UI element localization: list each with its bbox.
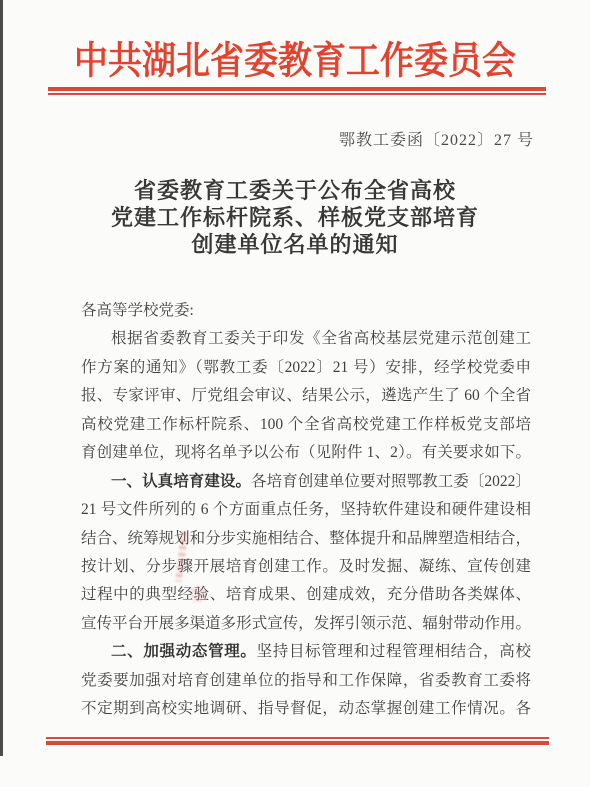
body-line: 一、认真培育建设。各培育创建单位要对照鄂教工委〔2022〕 xyxy=(81,468,531,496)
footer-divider-thick xyxy=(46,741,549,745)
body-line: 21 号文件所列的 6 个方面重点任务，坚持软件建设和硬件建设相 xyxy=(81,496,531,524)
bold-section-lead: 一、认真培育建设。 xyxy=(111,473,251,490)
body-line: 过程中的典型经验、培育成果、创建成效，充分借助各类媒体、 xyxy=(81,581,531,609)
body-line: 二、加强动态管理。坚持目标管理和过程管理相结合，高校 xyxy=(81,638,531,666)
document-body: 各高等学校党委:根据省委教育工委关于印发《全省高校基层党建示范创建工作方案的通知… xyxy=(81,297,531,724)
title-line-1: 省委教育工委关于公布全省高校 xyxy=(0,177,590,204)
header-divider-line xyxy=(48,87,546,95)
body-line: 宣传平台开展多渠道多形式宣传，发挥引领示范、辐射带动作用。 xyxy=(81,610,531,638)
title-line-2: 党建工作标杆院系、样板党支部培育 xyxy=(0,204,590,231)
header-divider-thin xyxy=(48,93,546,95)
document-page: 中共湖北省委教育工作委员会 鄂教工委函〔2022〕27 号 省委教育工委关于公布… xyxy=(0,0,590,787)
body-line: 育创建单位，现将名单予以公布（见附件 1、2）。有关要求如下。 xyxy=(81,439,531,467)
body-line: 党委要加强对培育创建单位的指导和工作保障，省委教育工委将 xyxy=(81,667,531,695)
document-title: 省委教育工委关于公布全省高校 党建工作标杆院系、样板党支部培育 创建单位名单的通… xyxy=(0,177,590,258)
title-line-3: 创建单位名单的通知 xyxy=(0,231,590,258)
body-line: 作方案的通知》（鄂教工委〔2022〕21 号）安排，经学校党委申 xyxy=(81,354,531,382)
issuing-authority-title: 中共湖北省委教育工作委员会 xyxy=(0,30,590,85)
body-line: 根据省委教育工委关于印发《全省高校基层党建示范创建工 xyxy=(81,325,531,353)
scan-edge xyxy=(0,0,3,756)
bold-section-lead: 二、加强动态管理。 xyxy=(111,643,257,660)
body-line: 报、专家评审、厅党组会审议、结果公示，遴选产生了 60 个全省 xyxy=(81,382,531,410)
body-line: 不定期到高校实地调研、指导督促，动态掌握创建工作情况。各 xyxy=(81,695,531,723)
body-line: 各高等学校党委: xyxy=(81,297,531,325)
body-line: 结合、统筹规划和分步实施相结合、整体提升和品牌塑造相结合， xyxy=(81,525,531,553)
body-line: 高校党建工作标杆院系、100 个全省高校党建工作样板党支部培 xyxy=(81,411,531,439)
document-reference-number: 鄂教工委函〔2022〕27 号 xyxy=(339,127,534,150)
footer-divider-line xyxy=(46,737,549,745)
body-line: 按计划、分步骤开展培育创建工作。及时发掘、凝练、宣传创建 xyxy=(81,553,531,581)
